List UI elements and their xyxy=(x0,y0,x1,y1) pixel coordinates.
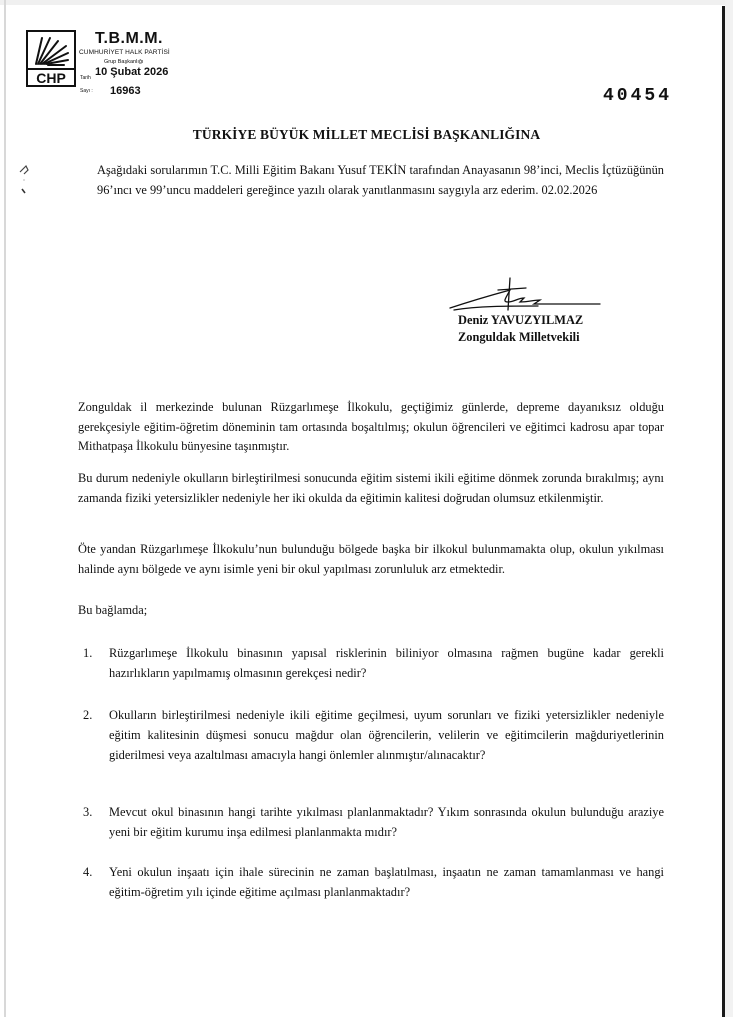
question-item: 1. Rüzgarlımeşe İlkokulu binasının yapıs… xyxy=(109,643,664,683)
stamp-number-label: Sayı : xyxy=(80,88,93,94)
intro-paragraph: Aşağıdaki sorularımın T.C. Milli Eğitim … xyxy=(97,161,664,200)
signature-icon xyxy=(448,276,608,316)
question-text: Rüzgarlımeşe İlkokulu binasının yapısal … xyxy=(109,646,664,680)
stamp-party: CUMHURİYET HALK PARTİSİ xyxy=(79,49,170,56)
question-item: 2. Okulların birleştirilmesi nedeniyle i… xyxy=(109,705,664,765)
scan-edge-right xyxy=(722,6,725,1017)
question-number: 2. xyxy=(83,705,92,725)
body-paragraph: Bu durum nedeniyle okulların birleştiril… xyxy=(78,469,664,508)
scan-top-shade xyxy=(0,0,733,5)
six-arrows-icon xyxy=(28,32,74,70)
body-paragraph: Öte yandan Rüzgarlımeşe İlkokulu’nun bul… xyxy=(78,540,664,579)
question-item: 3. Mevcut okul binasının hangi tarihte y… xyxy=(109,802,664,842)
stamp-date: 10 Şubat 2026 xyxy=(95,66,168,78)
question-text: Okulların birleştirilmesi nedeniyle ikil… xyxy=(109,708,664,762)
logo-text: CHP xyxy=(28,70,74,87)
question-number: 4. xyxy=(83,862,92,882)
scan-edge-right-fade xyxy=(725,0,733,1017)
question-number: 3. xyxy=(83,802,92,822)
stamp-date-label: Tarih xyxy=(80,75,91,81)
body-paragraph: Zonguldak il merkezinde bulunan Rüzgarlı… xyxy=(78,398,664,457)
document-heading: TÜRKİYE BÜYÜK MİLLET MECLİSİ BAŞKANLIĞIN… xyxy=(0,127,733,143)
signer-name: Deniz YAVUZYILMAZ xyxy=(458,313,583,328)
question-number: 1. xyxy=(83,643,92,663)
question-text: Mevcut okul binasının hangi tarihte yıkı… xyxy=(109,805,664,839)
body-paragraph-intro-questions: Bu bağlamda; xyxy=(78,601,664,621)
scan-edge-left xyxy=(4,0,6,1017)
stamp-number: 16963 xyxy=(110,85,141,97)
question-item: 4. Yeni okulun inşaatı için ihale süreci… xyxy=(109,862,664,902)
chp-logo: CHP xyxy=(26,30,76,87)
signer-title: Zonguldak Milletvekili xyxy=(458,330,580,345)
document-number: 40454 xyxy=(603,86,672,106)
stamp-title: T.B.M.M. xyxy=(95,30,163,48)
stamp-group: Grup Başkanlığı xyxy=(104,59,143,65)
question-text: Yeni okulun inşaatı için ihale sürecinin… xyxy=(109,865,664,899)
margin-handwritten-mark xyxy=(18,162,32,202)
